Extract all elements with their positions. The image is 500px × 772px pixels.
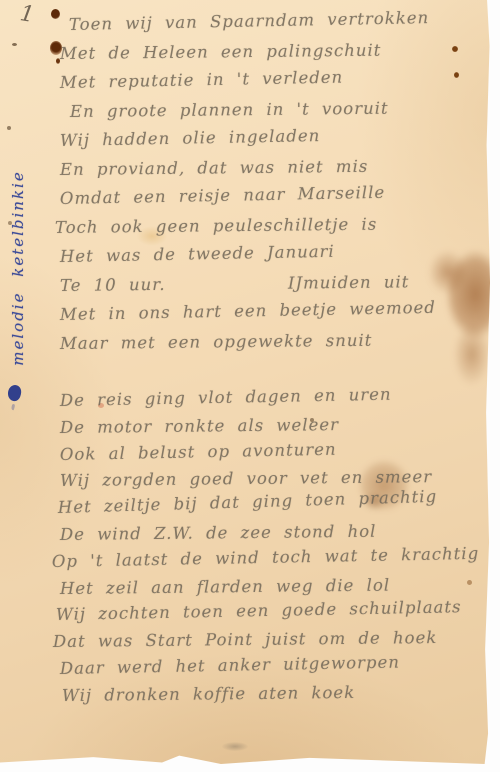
poem-line: Wij dronken koffie aten koek bbox=[62, 678, 491, 709]
poem-stanza-2: De reis ging vlot dagen en uren De motor… bbox=[0, 388, 491, 710]
pencil-smudge bbox=[222, 742, 248, 751]
poem-stanza-1: Toen wij van Spaarndam vertrokken Met de… bbox=[0, 10, 491, 358]
poem-line: Maar met een opgewekte snuit bbox=[60, 324, 491, 358]
manuscript-page: 1 melodie ketelbinkie Toen wij van Spaar… bbox=[0, 0, 491, 764]
poem-line: De reis ging vlot dagen en uren bbox=[60, 380, 491, 415]
poem-line: Toen wij van Spaarndam vertrokken bbox=[69, 2, 491, 39]
document-photo: 1 melodie ketelbinkie Toen wij van Spaar… bbox=[0, 0, 500, 772]
